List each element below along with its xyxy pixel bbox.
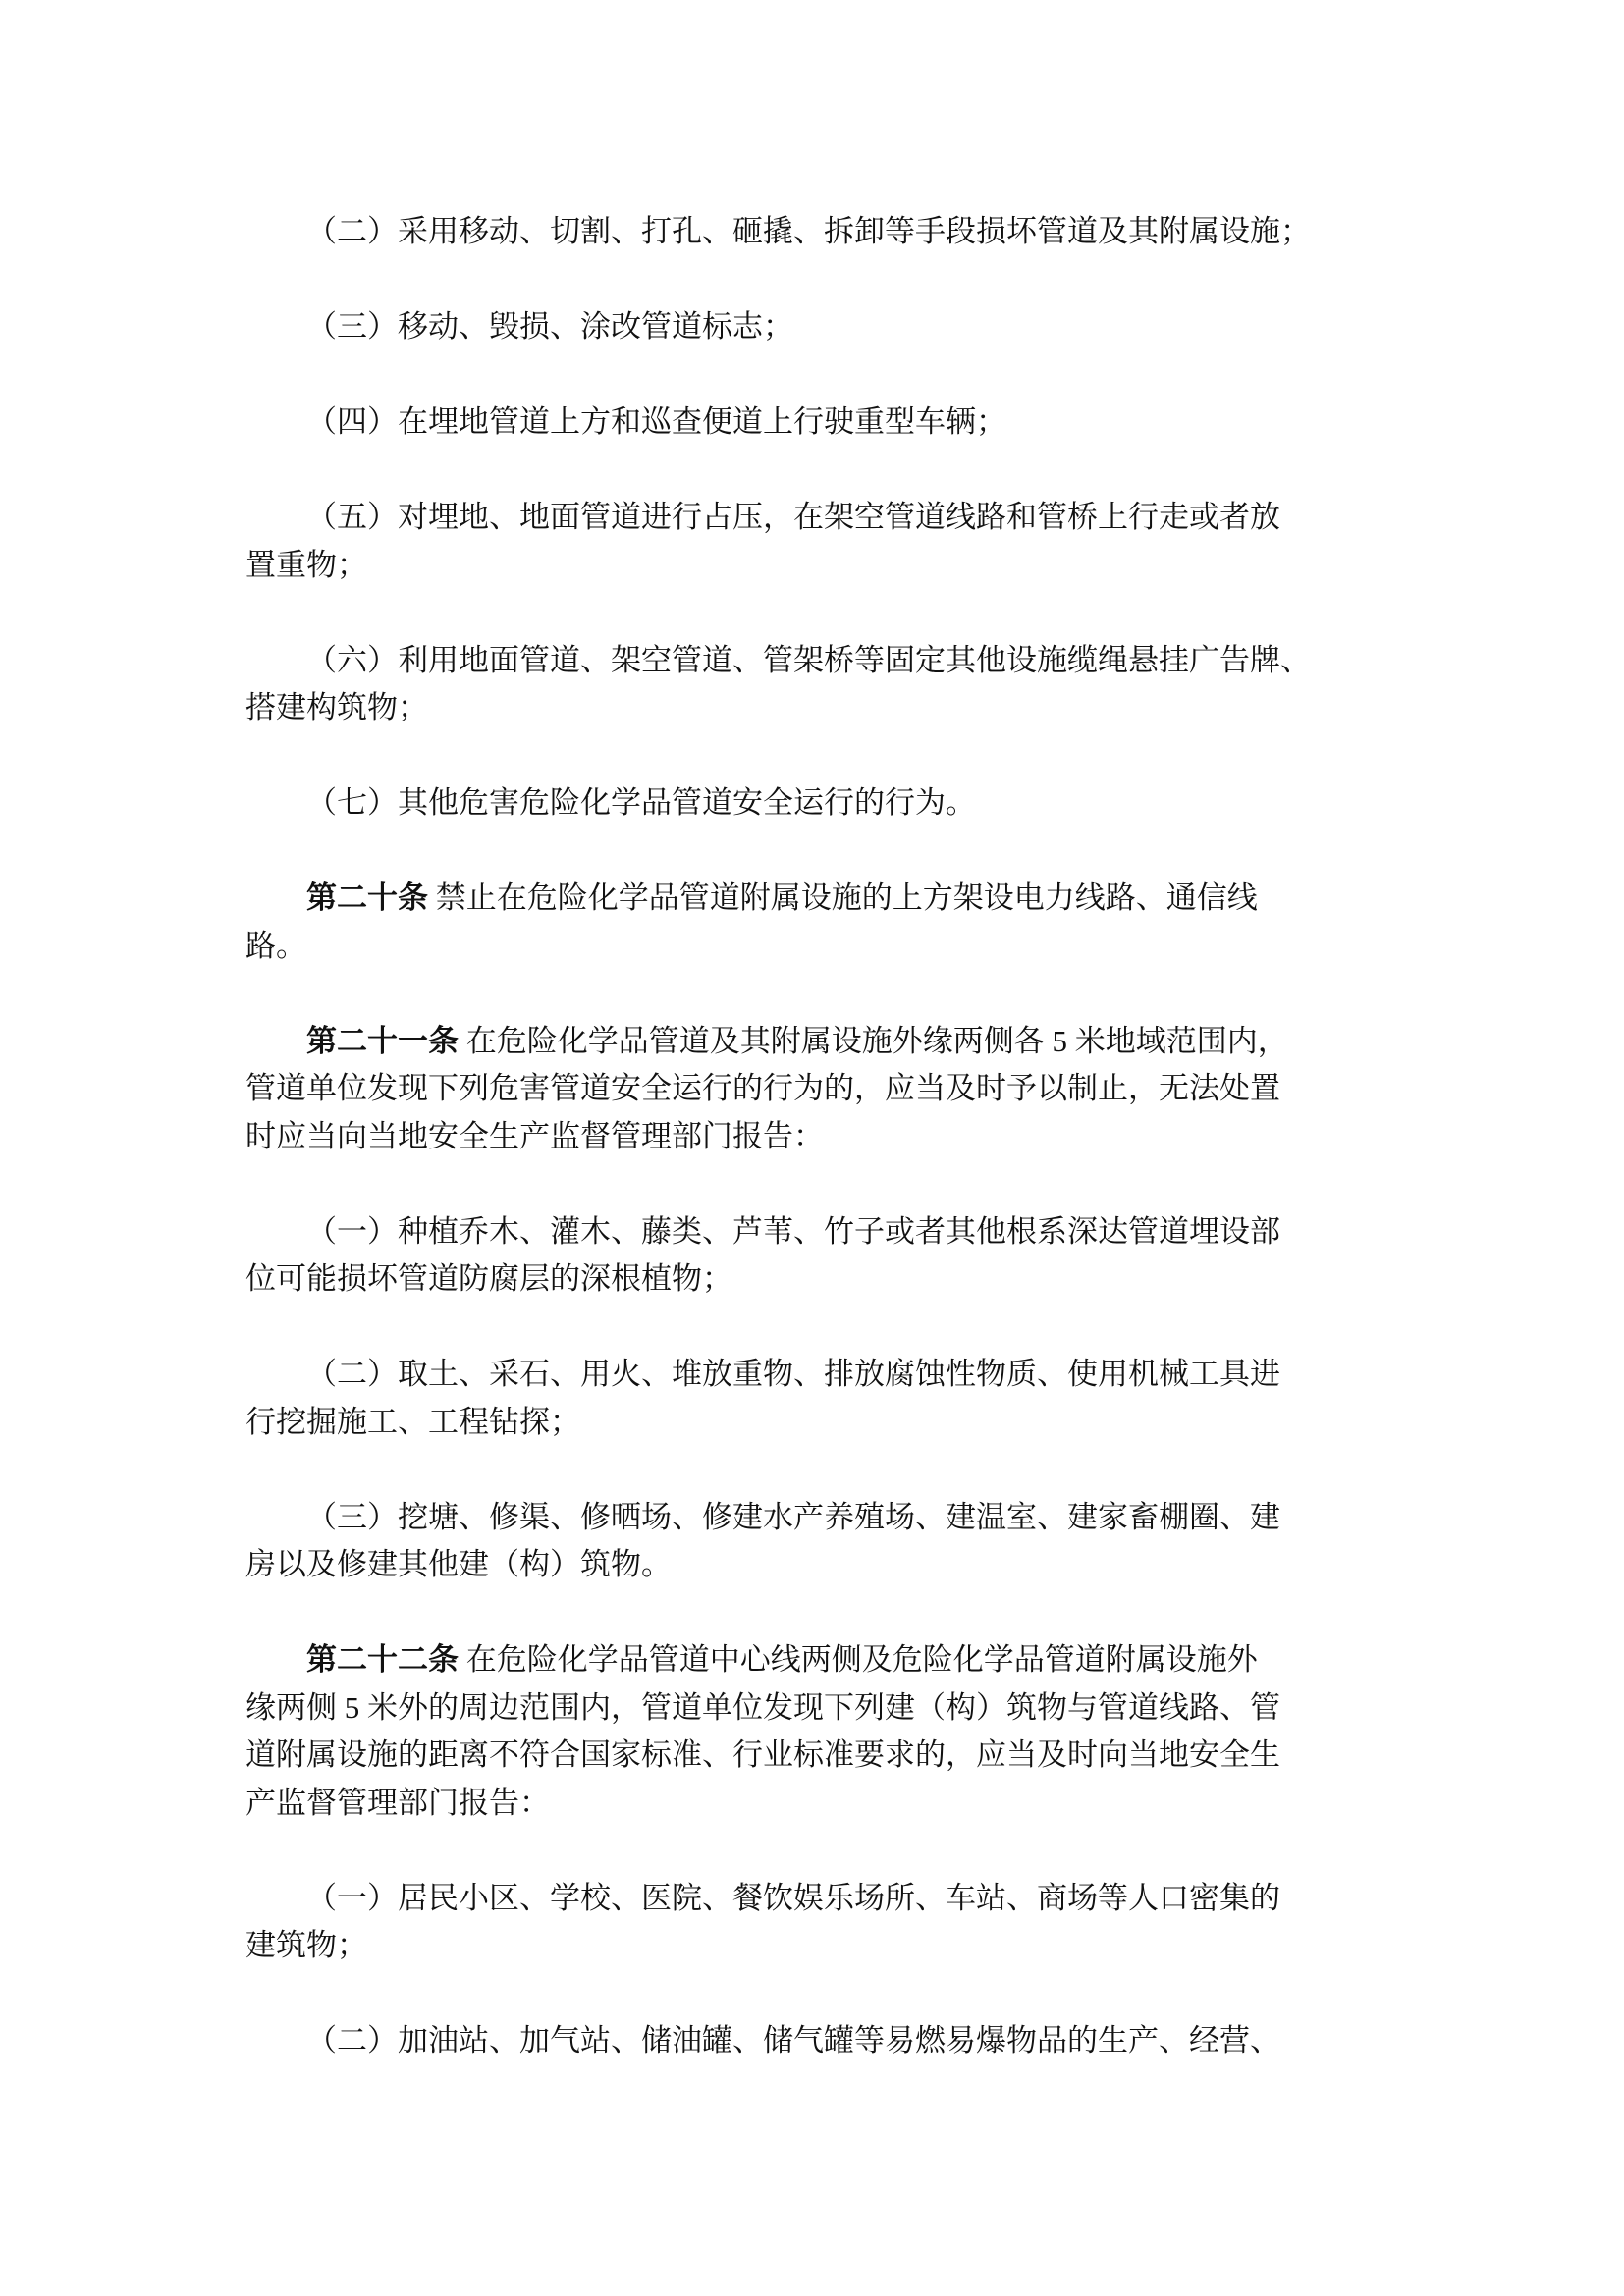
paragraph-text: （三）挖塘、修渠、修晒场、修建水产养殖场、建温室、建家畜棚圈、建 房以及修建其他… — [245, 1500, 1280, 1582]
paragraph: （三）挖塘、修渠、修晒场、修建水产养殖场、建温室、建家畜棚圈、建 房以及修建其他… — [245, 1494, 1379, 1589]
paragraph: 第二十一条 在危险化学品管道及其附属设施外缘两侧各 5 米地域范围内， 管道单位… — [245, 1018, 1379, 1161]
paragraph: （一）种植乔木、灌木、藤类、芦苇、竹子或者其他根系深达管道埋设部 位可能损坏管道… — [245, 1208, 1379, 1304]
paragraph: 第二十二条 在危险化学品管道中心线两侧及危险化学品管道附属设施外 缘两侧 5 米… — [245, 1636, 1379, 1827]
paragraph: （二）取土、采石、用火、堆放重物、排放腐蚀性物质、使用机械工具进 行挖掘施工、工… — [245, 1351, 1379, 1446]
paragraph-text: （六）利用地面管道、架空管道、管架桥等固定其他设施缆绳悬挂广告牌、 搭建构筑物； — [245, 643, 1311, 725]
paragraph: （五）对埋地、地面管道进行占压，在架空管道线路和管桥上行走或者放 置重物； — [245, 494, 1379, 589]
paragraph: （六）利用地面管道、架空管道、管架桥等固定其他设施缆绳悬挂广告牌、 搭建构筑物； — [245, 637, 1379, 732]
paragraph-text: （一）居民小区、学校、医院、餐饮娱乐场所、车站、商场等人口密集的 建筑物； — [245, 1881, 1280, 1963]
document-page: （二）采用移动、切割、打孔、砸撬、拆卸等手段损坏管道及其附属设施； （三）移动、… — [0, 0, 1624, 2296]
paragraph: 第二十条 禁止在危险化学品管道附属设施的上方架设电力线路、通信线 路。 — [245, 875, 1379, 970]
paragraph: （二）加油站、加气站、储油罐、储气罐等易燃易爆物品的生产、经营、 — [245, 2017, 1379, 2065]
paragraph: （一）居民小区、学校、医院、餐饮娱乐场所、车站、商场等人口密集的 建筑物； — [245, 1875, 1379, 1970]
document-text-block: （二）采用移动、切割、打孔、砸撬、拆卸等手段损坏管道及其附属设施； （三）移动、… — [245, 208, 1379, 2112]
paragraph: （四）在埋地管道上方和巡查便道上行驶重型车辆； — [245, 399, 1379, 447]
article-number: 第二十条 — [306, 881, 428, 915]
paragraph-text: （一）种植乔木、灌木、藤类、芦苇、竹子或者其他根系深达管道埋设部 位可能损坏管道… — [245, 1214, 1280, 1297]
paragraph: （三）移动、毁损、涂改管道标志； — [245, 303, 1379, 351]
paragraph-text: （三）移动、毁损、涂改管道标志； — [306, 309, 793, 344]
paragraph: （二）采用移动、切割、打孔、砸撬、拆卸等手段损坏管道及其附属设施； — [245, 208, 1379, 256]
paragraph-text: （七）其他危害危险化学品管道安全运行的行为。 — [306, 785, 976, 820]
paragraph-text: （四）在埋地管道上方和巡查便道上行驶重型车辆； — [306, 404, 1006, 439]
paragraph-text: （五）对埋地、地面管道进行占压，在架空管道线路和管桥上行走或者放 置重物； — [245, 500, 1280, 582]
paragraph-text: （二）采用移动、切割、打孔、砸撬、拆卸等手段损坏管道及其附属设施； — [306, 214, 1311, 248]
paragraph-text: （二）加油站、加气站、储油罐、储气罐等易燃易爆物品的生产、经营、 — [306, 2023, 1280, 2057]
article-number: 第二十一条 — [306, 1024, 459, 1058]
paragraph-text: （二）取土、采石、用火、堆放重物、排放腐蚀性物质、使用机械工具进 行挖掘施工、工… — [245, 1357, 1280, 1439]
article-number: 第二十二条 — [306, 1642, 459, 1677]
paragraph: （七）其他危害危险化学品管道安全运行的行为。 — [245, 779, 1379, 828]
